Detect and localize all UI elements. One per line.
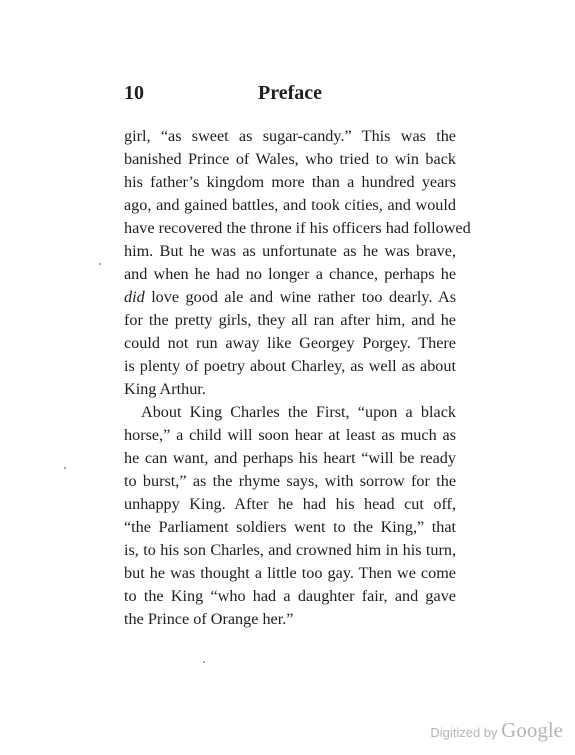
text-line: did love good ale and wine rather too de…: [124, 286, 456, 309]
text-line: unhappy King. After he had his head cut …: [124, 493, 456, 516]
body-text: girl, “as sweet as sugar-candy.” This wa…: [124, 125, 456, 631]
scan-speck: [203, 661, 205, 663]
text-line: King Arthur.: [124, 378, 456, 401]
text-line: to the King “who had a daughter fair, an…: [124, 585, 456, 608]
text-line: but he was thought a little too gay. The…: [124, 562, 456, 585]
digitized-by-google-watermark: Digitized by Google: [430, 718, 563, 743]
text-line: is, to his son Charles, and crowned him …: [124, 539, 456, 562]
text-line: him. But he was as unfortunate as he was…: [124, 240, 456, 263]
running-title: Preface: [124, 82, 456, 105]
text-line-rest: love good ale and wine rather too dearly…: [151, 288, 456, 306]
text-line: could not run away like Georgey Porgey. …: [124, 332, 456, 355]
text-line: banished Prince of Wales, who tried to w…: [124, 148, 456, 171]
google-logo-text: Google: [501, 718, 563, 742]
text-line: ago, and gained battles, and took cities…: [124, 194, 456, 217]
italic-emphasis: did: [124, 288, 145, 306]
text-line: for the pretty girls, they all ran after…: [124, 309, 456, 332]
text-line: have recovered the throne if his officer…: [124, 217, 456, 240]
watermark-prefix: Digitized by: [430, 725, 497, 740]
text-line: he can want, and perhaps his heart “will…: [124, 447, 456, 470]
text-line: girl, “as sweet as sugar-candy.” This wa…: [124, 125, 456, 148]
text-line: is plenty of poetry about Charley, as we…: [124, 355, 456, 378]
text-line: his father’s kingdom more than a hundred…: [124, 171, 456, 194]
text-line: the Prince of Orange her.”: [124, 608, 456, 631]
page-header: 10 Preface: [124, 82, 456, 106]
text-line: horse,” a child will soon hear at least …: [124, 424, 456, 447]
text-line: About King Charles the First, “upon a bl…: [124, 401, 456, 424]
book-page: 10 Preface girl, “as sweet as sugar-cand…: [0, 0, 575, 755]
text-line: “the Parliament soldiers went to the Kin…: [124, 516, 456, 539]
text-line: and when he had no longer a chance, perh…: [124, 263, 456, 286]
scan-speck: [99, 263, 101, 265]
scan-speck: [64, 467, 66, 469]
text-line: to burst,” as the rhyme says, with sorro…: [124, 470, 456, 493]
